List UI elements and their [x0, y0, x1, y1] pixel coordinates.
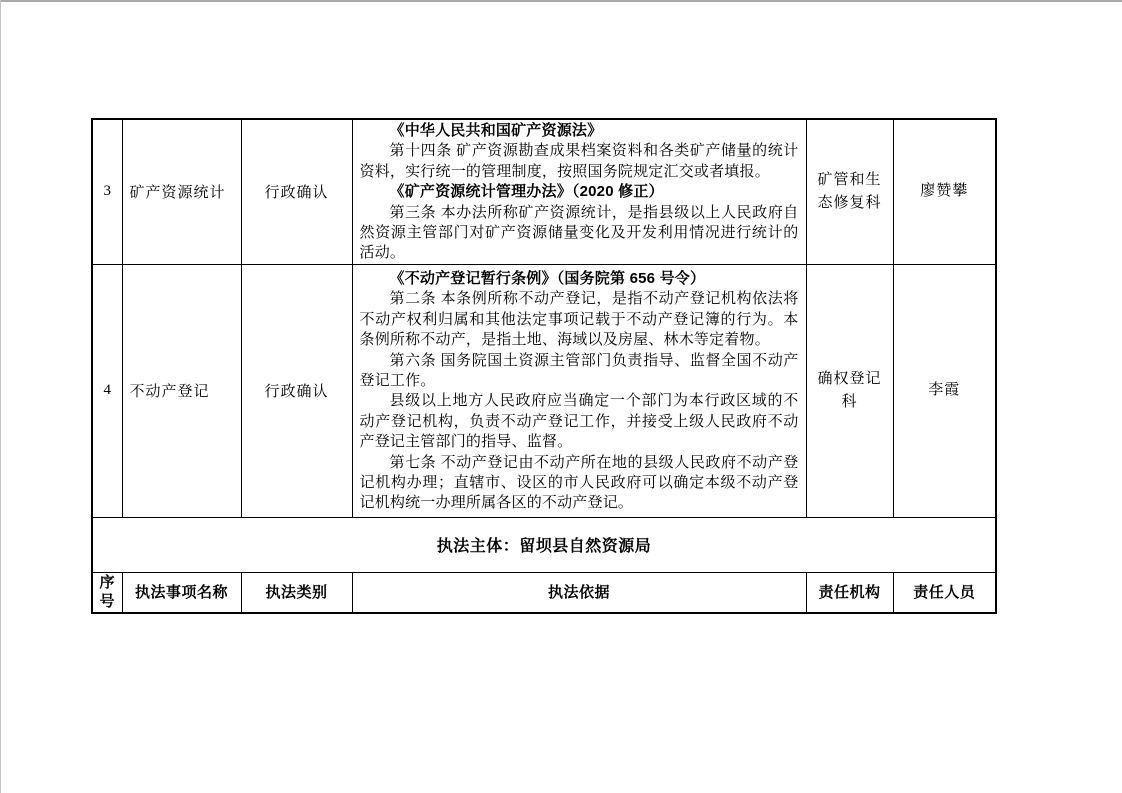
law-paragraph: 第十四条 矿产资源勘查成果档案资料和各类矿产储量的统计资料，实行统一的管理制度，… [360, 141, 799, 182]
table-row: 3 矿产资源统计 行政确认 《中华人民共和国矿产资源法》第十四条 矿产资源勘查成… [92, 119, 996, 264]
basis-content: 《不动产登记暂行条例》（国务院第 656 号令）第二条 本条例所称不动产登记，是… [360, 269, 799, 514]
law-title: 《不动产登记暂行条例》（国务院第 656 号令） [360, 269, 799, 289]
page-left-edge [0, 0, 1, 793]
seq-cell: 3 [92, 119, 122, 264]
header-category: 执法类别 [241, 572, 352, 613]
enforcement-table: 3 矿产资源统计 行政确认 《中华人民共和国矿产资源法》第十四条 矿产资源勘查成… [91, 118, 997, 614]
basis-content: 《中华人民共和国矿产资源法》第十四条 矿产资源勘查成果档案资料和各类矿产储量的统… [360, 121, 799, 264]
page-top-edge [0, 0, 1122, 2]
enforcement-subject-row: 执法主体：留坝县自然资源局 [92, 517, 996, 572]
law-paragraph: 第三条 本办法所称矿产资源统计，是指县级以上人民政府自然资源主管部门对矿产资源储… [360, 203, 799, 264]
basis-cell: 《不动产登记暂行条例》（国务院第 656 号令）第二条 本条例所称不动产登记，是… [352, 264, 806, 517]
item-name-cell: 矿产资源统计 [122, 119, 241, 264]
person-cell: 李霞 [893, 264, 996, 517]
category-cell: 行政确认 [241, 264, 352, 517]
header-seq: 序号 [92, 572, 122, 613]
document-page: 3 矿产资源统计 行政确认 《中华人民共和国矿产资源法》第十四条 矿产资源勘查成… [0, 0, 1122, 793]
agency-cell: 确权登记科 [806, 264, 893, 517]
category-cell: 行政确认 [241, 119, 352, 264]
table-row: 4 不动产登记 行政确认 《不动产登记暂行条例》（国务院第 656 号令）第二条… [92, 264, 996, 517]
header-person: 责任人员 [893, 572, 996, 613]
table-header-row: 序号 执法事项名称 执法类别 执法依据 责任机构 责任人员 [92, 572, 996, 613]
law-paragraph: 第六条 国务院国土资源主管部门负责指导、监督全国不动产登记工作。 [360, 351, 799, 392]
header-agency: 责任机构 [806, 572, 893, 613]
law-paragraph: 第二条 本条例所称不动产登记，是指不动产登记机构依法将不动产权利归属和其他法定事… [360, 289, 799, 350]
law-title: 《中华人民共和国矿产资源法》 [360, 121, 799, 141]
basis-cell: 《中华人民共和国矿产资源法》第十四条 矿产资源勘查成果档案资料和各类矿产储量的统… [352, 119, 806, 264]
header-name: 执法事项名称 [122, 572, 241, 613]
person-cell: 廖赞攀 [893, 119, 996, 264]
header-basis: 执法依据 [352, 572, 806, 613]
item-name-cell: 不动产登记 [122, 264, 241, 517]
agency-cell: 矿管和生态修复科 [806, 119, 893, 264]
law-title: 《矿产资源统计管理办法》（2020 修正） [360, 182, 799, 202]
law-paragraph: 县级以上地方人民政府应当确定一个部门为本行政区域的不动产登记机构，负责不动产登记… [360, 391, 799, 452]
seq-cell: 4 [92, 264, 122, 517]
law-paragraph: 第七条 不动产登记由不动产所在地的县级人民政府不动产登记机构办理；直辖市、设区的… [360, 453, 799, 514]
enforcement-subject-label: 执法主体：留坝县自然资源局 [92, 517, 996, 572]
